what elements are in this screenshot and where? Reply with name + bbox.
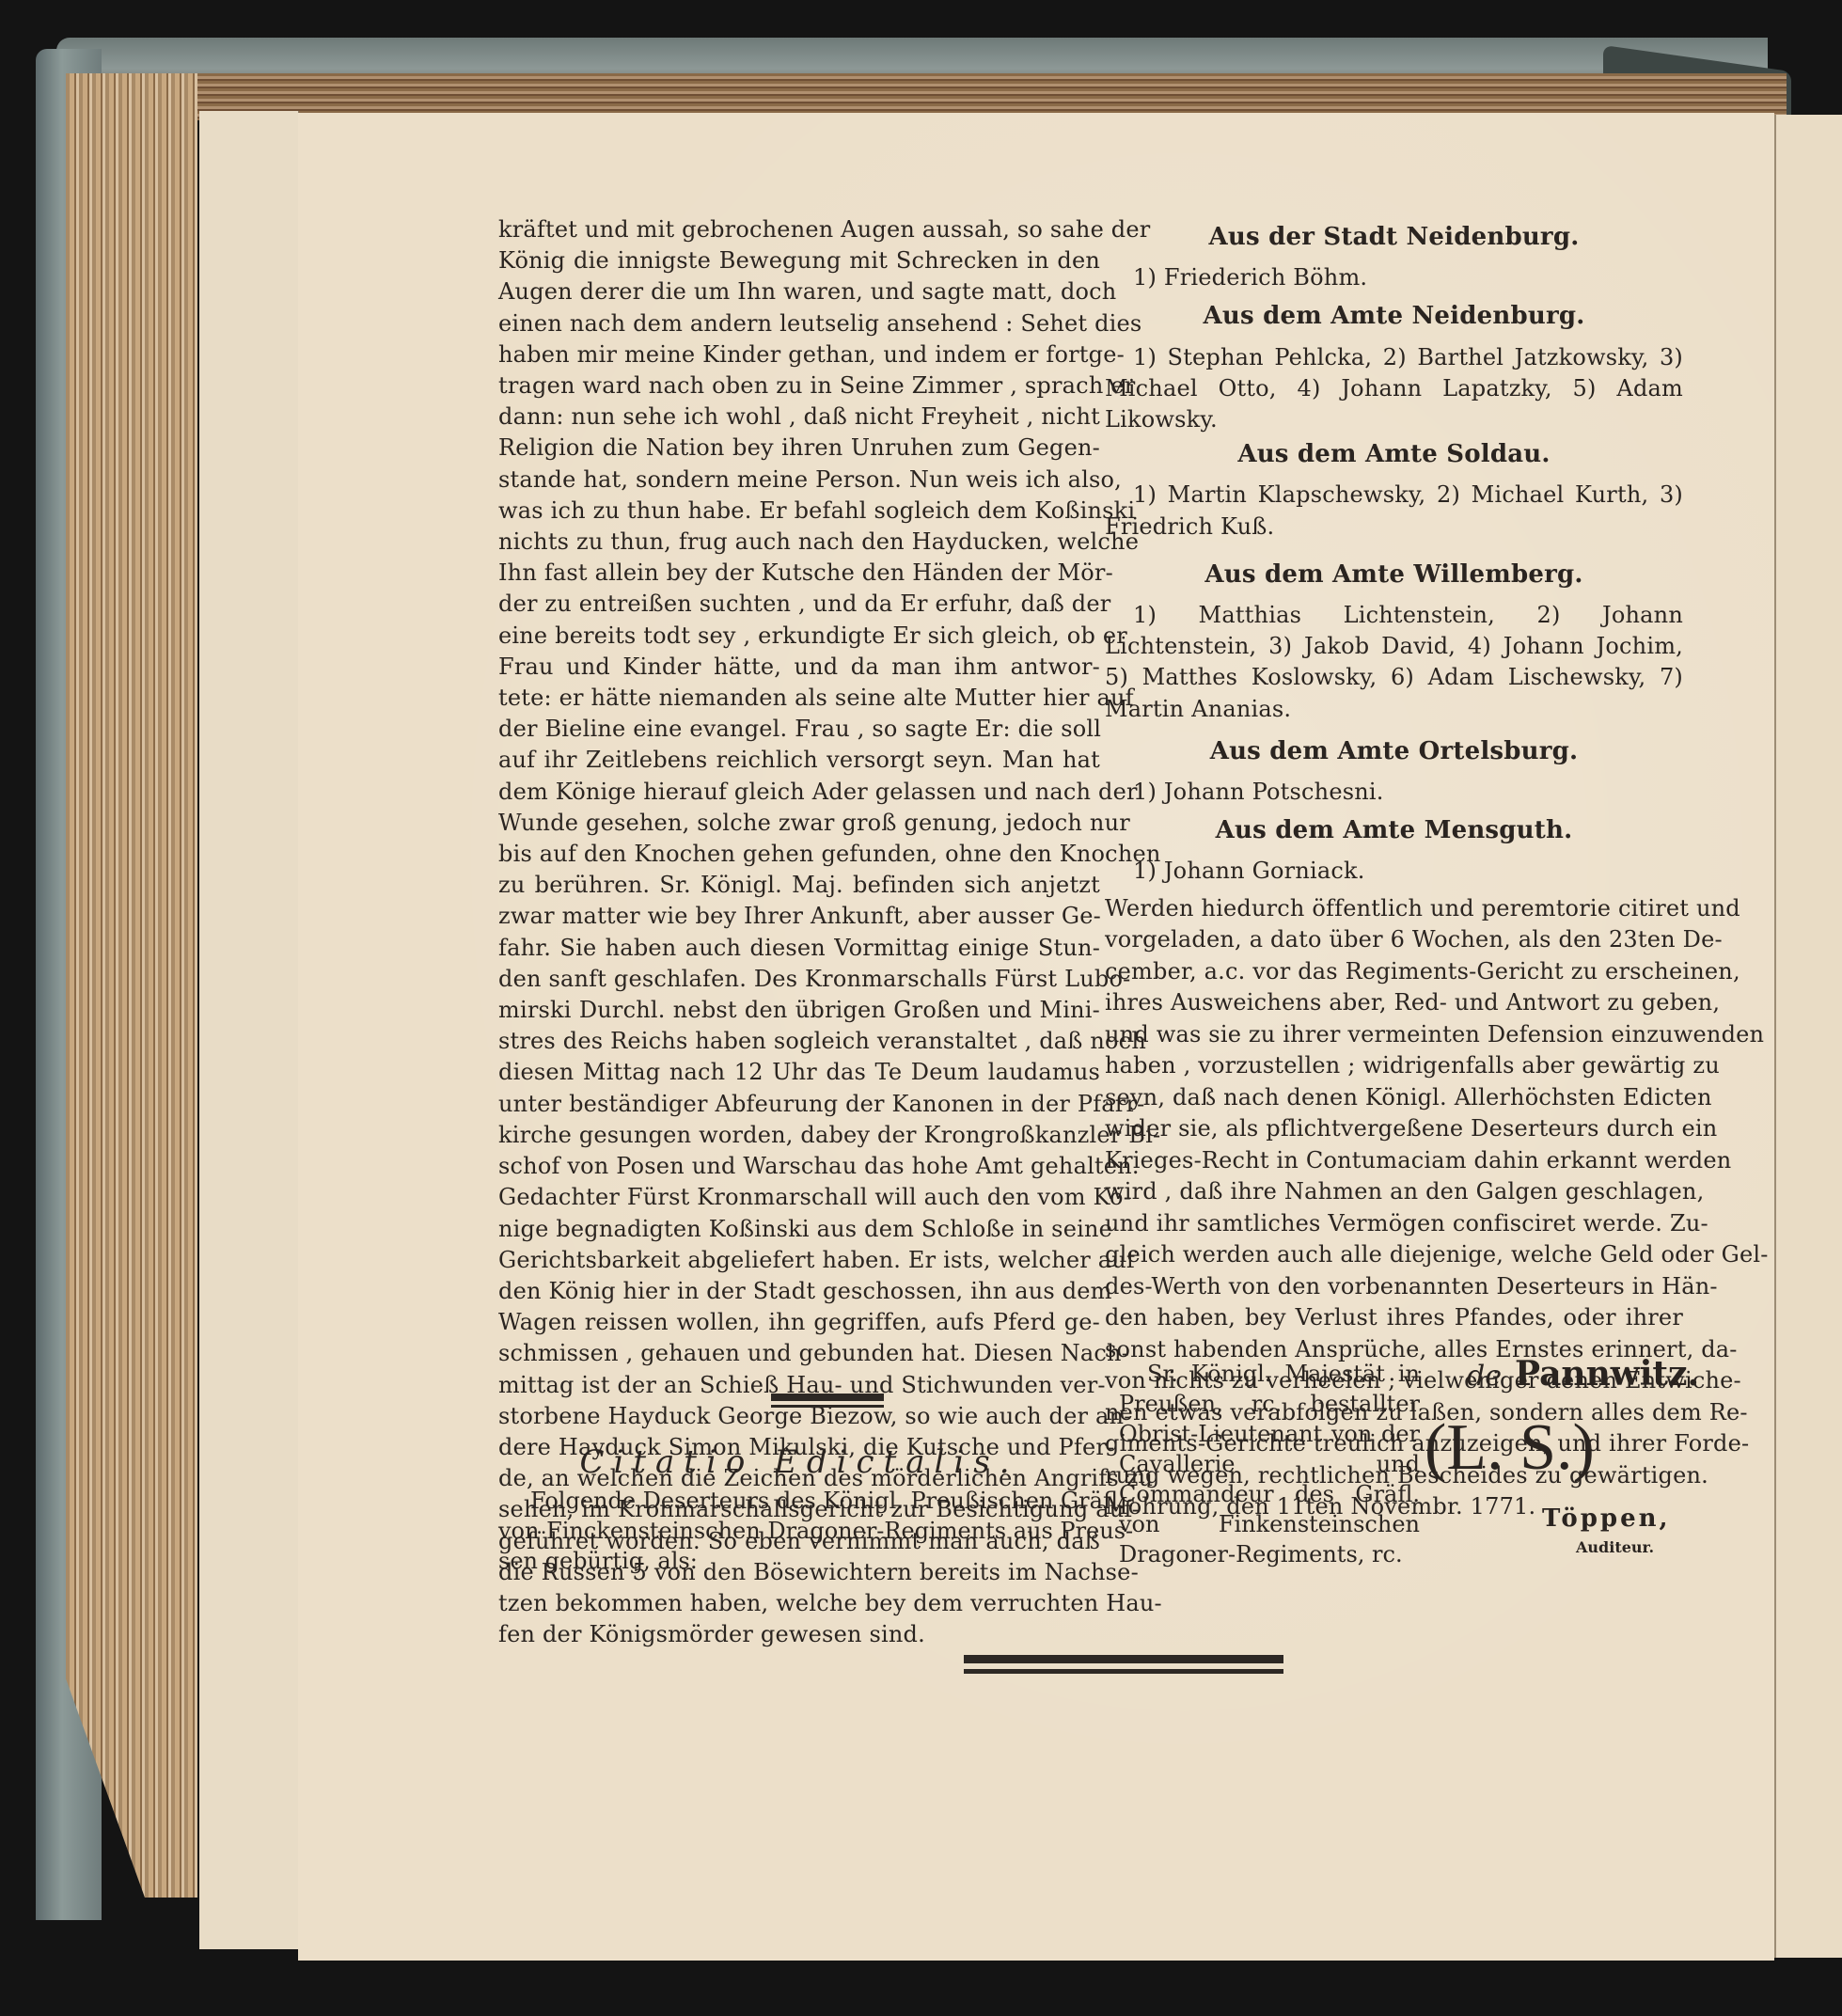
article-line: Frau und Kinder hätte, und da man ihm an… — [498, 652, 1100, 683]
article-line: eine bereits todt sey , erkundigte Er si… — [498, 621, 1100, 652]
decree-line: den haben, bey Verlust ihres Pfandes, od… — [1105, 1302, 1683, 1334]
article-line: dann: nun sehe ich wohl , daß nicht Frey… — [498, 402, 1100, 433]
facing-page-edge — [1774, 115, 1842, 1958]
section-heading: Aus der Stadt Neidenburg. — [1105, 222, 1683, 253]
citation-intro-line: Folgende Deserteurs des Königl. Preußisc… — [498, 1486, 1100, 1516]
decree-line: Werden hiedurch öffentlich und peremtori… — [1105, 893, 1683, 925]
article-line: den sanft geschlafen. Des Kronmarschalls… — [498, 964, 1100, 995]
decree-line: cember, a.c. vor das Regiments-Gericht z… — [1105, 956, 1683, 988]
decree-line: haben , vorzustellen ; widrigenfalls abe… — [1105, 1050, 1683, 1082]
previous-leaf-edge — [199, 111, 299, 1949]
deserter-entries: 1) Friederich Böhm. — [1105, 262, 1683, 293]
deserter-entries: 1) Johann Potschesni. — [1105, 777, 1683, 808]
decree-line: wird , daß ihre Nahmen an den Galgen ges… — [1105, 1176, 1683, 1208]
end-divider-rule-thin — [964, 1669, 1283, 1674]
right-column-deserters-list: Aus der Stadt Neidenburg. 1) Friederich … — [1105, 214, 1683, 1523]
article-line: König die innigste Bewegung mit Schrecke… — [498, 245, 1100, 276]
article-line: tete: er hätte niemanden als seine alte … — [498, 683, 1100, 714]
article-line: Augen derer die um Ihn waren, und sagte … — [498, 276, 1100, 307]
article-line: Wagen reissen wollen, ihn gegriffen, auf… — [498, 1307, 1100, 1338]
article-line: tzen bekommen haben, welche bey dem verr… — [498, 1588, 1100, 1619]
article-line: diesen Mittag nach 12 Uhr das Te Deum la… — [498, 1057, 1100, 1088]
article-line: nige begnadigten Koßinski aus dem Schloß… — [498, 1214, 1100, 1245]
article-line: stande hat, sondern meine Person. Nun we… — [498, 465, 1100, 496]
article-line: mirski Durchl. nebst den übrigen Großen … — [498, 995, 1100, 1026]
page-stack-left — [66, 73, 197, 1898]
decree-line: seyn, daß nach denen Königl. Allerhöchst… — [1105, 1082, 1683, 1114]
article-line: stres des Reichs haben sogleich veransta… — [498, 1026, 1100, 1057]
signatory-surname: Pannwitz. — [1515, 1354, 1699, 1394]
article-line: einen nach dem andern leutselig ansehend… — [498, 308, 1100, 339]
article-line: fahr. Sie haben auch diesen Vormittag ei… — [498, 933, 1100, 964]
section-heading: Aus dem Amte Neidenburg. — [1105, 301, 1683, 332]
article-line: schof von Posen und Warschau das hohe Am… — [498, 1151, 1100, 1182]
article-line: kirche gesungen worden, dabey der Krongr… — [498, 1120, 1100, 1151]
section-heading: Aus dem Amte Willemberg. — [1105, 559, 1683, 591]
article-line: der zu entreißen suchten , und da Er erf… — [498, 589, 1100, 620]
article-line: den König hier in der Stadt geschossen, … — [498, 1276, 1100, 1307]
article-line: Religion die Nation bey ihren Unruhen zu… — [498, 433, 1100, 464]
article-line: unter beständiger Abfeurung der Kanonen … — [498, 1089, 1100, 1120]
decree-line: vorgeladen, a dato über 6 Wochen, als de… — [1105, 924, 1683, 956]
article-line: fen der Königsmörder gewesen sind. — [498, 1619, 1100, 1650]
section-heading: Aus dem Amte Mensguth. — [1105, 815, 1683, 846]
article-line: dem Könige hierauf gleich Ader gelassen … — [498, 777, 1100, 808]
signatory-name: dePannwitz. — [1467, 1354, 1699, 1394]
article-line: Gerichtsbarkeit abgeliefert haben. Er is… — [498, 1245, 1100, 1276]
end-divider-rule — [964, 1655, 1283, 1663]
article-line: der Bieline eine evangel. Frau , so sagt… — [498, 714, 1100, 745]
section-divider-rule-thin — [771, 1405, 884, 1408]
citation-intro-line: von Finckensteinschen Dragoner-Regiments… — [498, 1516, 1100, 1546]
article-line: kräftet und mit gebrochenen Augen aussah… — [498, 214, 1100, 245]
left-column-article: kräftet und mit gebrochenen Augen aussah… — [498, 214, 1100, 1650]
citation-intro: Folgende Deserteurs des Königl. Preußisc… — [498, 1486, 1100, 1576]
decree-line: und was sie zu ihrer vermeinten Defensio… — [1105, 1019, 1683, 1051]
article-line: zwar matter wie bey Ihrer Ankunft, aber … — [498, 901, 1100, 932]
decree-line: gleich werden auch alle diejenige, welch… — [1105, 1239, 1683, 1271]
decree-line: Krieges-Recht in Contumaciam dahin erkan… — [1105, 1145, 1683, 1177]
signatory-prefix: de — [1467, 1360, 1502, 1393]
decree-line: des-Werth von den vorbenannten Deserteur… — [1105, 1271, 1683, 1303]
article-line: schmissen , gehauen und gebunden hat. Di… — [498, 1338, 1100, 1369]
deserter-entries: 1) Johann Gorniack. — [1105, 856, 1683, 887]
deserter-entries: 1) Stephan Pehlcka, 2) Barthel Jatzkowsk… — [1105, 342, 1683, 436]
section-heading: Aus dem Amte Ortelsburg. — [1105, 736, 1683, 767]
article-line: nichts zu thun, frug auch nach den Haydu… — [498, 527, 1100, 558]
article-line: was ich zu thun habe. Er befahl sogleich… — [498, 496, 1100, 527]
deserter-entries: 1) Martin Klapschewsky, 2) Michael Kurth… — [1105, 480, 1683, 542]
locus-sigilli-seal: (L. S.) — [1425, 1410, 1595, 1486]
deserter-entries: 1) Matthias Lichtenstein, 2) Johann Lich… — [1105, 600, 1683, 725]
citation-title: Citatio Edictalis. — [498, 1443, 1100, 1481]
decree-line: und ihr samtliches Vermögen confisciret … — [1105, 1208, 1683, 1240]
auditor-title: Auditeur. — [1576, 1538, 1654, 1556]
auditor-name: Töppen, — [1542, 1504, 1671, 1533]
article-line: Wunde gesehen, solche zwar groß genung, … — [498, 808, 1100, 839]
decree-line: ihres Ausweichens aber, Red- und Antwort… — [1105, 987, 1683, 1019]
article-line: zu berühren. Sr. Königl. Maj. befinden s… — [498, 870, 1100, 901]
commander-title-block: Sr. Königl. Majestät in Preußen, rc. bes… — [1119, 1359, 1420, 1569]
article-line: haben mir meine Kinder gethan, und indem… — [498, 339, 1100, 370]
article-line: Gedachter Fürst Kronmarschall will auch … — [498, 1182, 1100, 1213]
citation-intro-line: sen gebürtig, als: — [498, 1546, 1100, 1576]
section-divider-rule — [771, 1394, 884, 1401]
section-heading: Aus dem Amte Soldau. — [1105, 439, 1683, 470]
article-line: bis auf den Knochen gehen gefunden, ohne… — [498, 839, 1100, 870]
article-line: auf ihr Zeitlebens reichlich versorgt se… — [498, 745, 1100, 776]
article-line: tragen ward nach oben zu in Seine Zimmer… — [498, 370, 1100, 402]
article-line: Ihn fast allein bey der Kutsche den Händ… — [498, 558, 1100, 589]
decree-line: wider sie, als pflichtvergeßene Deserteu… — [1105, 1113, 1683, 1145]
